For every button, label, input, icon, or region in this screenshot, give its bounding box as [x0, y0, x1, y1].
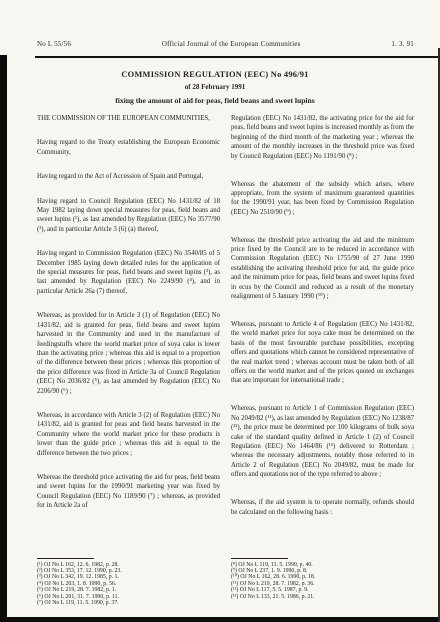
right-column: Regulation (EEC) No 1431/82, the activat… — [231, 114, 414, 608]
footnote: (⁷) OJ No L 119, 11. 5. 1990, p. 37. — [37, 600, 220, 606]
left-footnotes: (¹) OJ No L 162, 12. 6. 1982, p. 28. (²)… — [37, 558, 220, 606]
paragraph: Whereas, pursuant to Article 1 of Commis… — [231, 404, 414, 479]
masthead-rule — [35, 56, 438, 58]
paragraph: Having regard to Council Regulation (EEC… — [37, 197, 220, 235]
footnote-rule — [231, 558, 288, 559]
issue-number: No L 55/56 — [37, 40, 71, 48]
journal-title: Official Journal of the European Communi… — [162, 40, 301, 48]
regulation-title-block: COMMISSION REGULATION (EEC) No 496/91 of… — [0, 70, 430, 105]
paragraph: Whereas, as provided for in Article 3 (1… — [37, 311, 220, 396]
paragraph: Whereas, if the aid system is to operate… — [231, 498, 414, 517]
left-column: THE COMMISSION OF THE EUROPEAN COMMUNITI… — [37, 114, 220, 608]
footnote-rule — [37, 558, 94, 559]
paragraph: Having regard to the Act of Accession of… — [37, 172, 220, 181]
regulation-title: COMMISSION REGULATION (EEC) No 496/91 — [0, 70, 430, 79]
masthead-date: 1. 3. 91 — [391, 40, 414, 48]
regulation-date: of 28 February 1991 — [0, 83, 430, 91]
masthead: No L 55/56 Official Journal of the Europ… — [37, 40, 414, 48]
paragraph: Whereas the abatement of the subsidy whi… — [231, 180, 414, 218]
right-footnotes: (⁸) OJ No L 119, 11. 5. 1990, p. 40. (⁹)… — [231, 558, 414, 600]
body-columns: THE COMMISSION OF THE EUROPEAN COMMUNITI… — [37, 114, 414, 608]
footnote: (¹³) OJ No L 133, 21. 5. 1986, p. 21. — [231, 594, 414, 600]
scan-edge-bottom — [0, 617, 440, 622]
scan-edge-left — [0, 55, 7, 622]
paragraph: Regulation (EEC) No 1431/82, the activat… — [231, 114, 414, 161]
paragraph: Whereas the threshold price activating t… — [231, 236, 414, 302]
regulation-subject: fixing the amount of aid for peas, field… — [0, 96, 430, 105]
journal-page: No L 55/56 Official Journal of the Europ… — [0, 0, 440, 622]
paragraph: Whereas, in accordance with Article 3 (2… — [37, 411, 220, 458]
paragraph: Whereas, pursuant to Article 4 of Regula… — [231, 320, 414, 386]
paragraph: Whereas the threshold price activating t… — [37, 473, 220, 511]
paragraph: THE COMMISSION OF THE EUROPEAN COMMUNITI… — [37, 114, 220, 123]
paragraph: Having regard to the Treaty establishing… — [37, 138, 220, 157]
paragraph: Having regard to Commission Regulation (… — [37, 249, 220, 296]
